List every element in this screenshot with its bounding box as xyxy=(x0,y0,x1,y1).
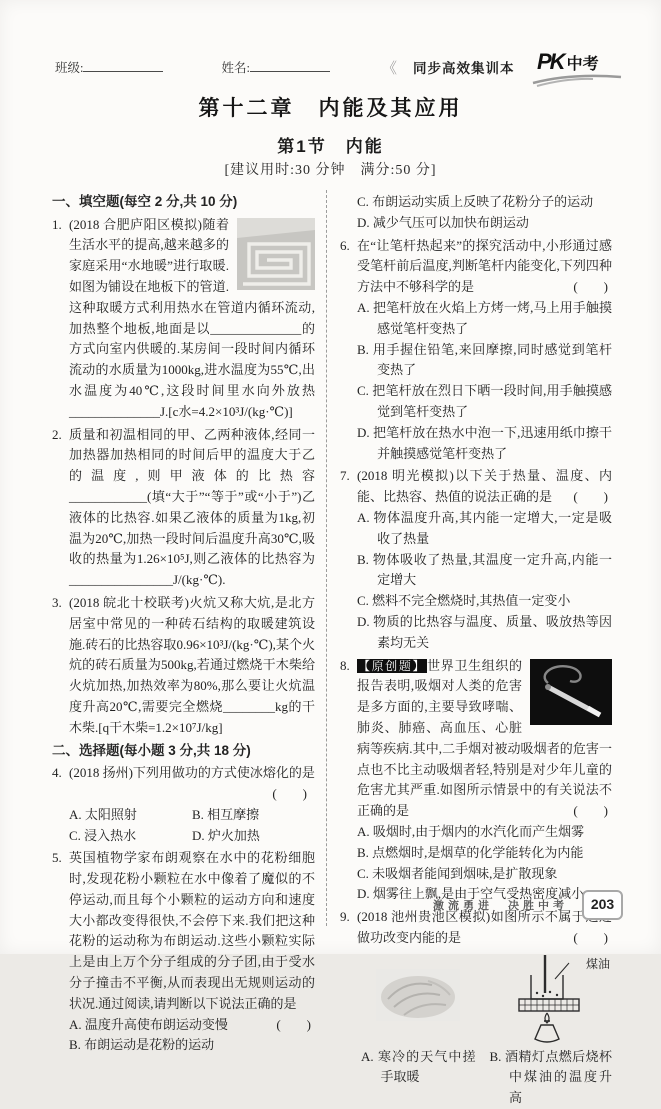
option-d: D. 把笔杆放在热水中泡一下,迅速用纸巾擦干并触摸感觉笔杆变热了 xyxy=(357,423,612,465)
option-a: A. 吸烟时,由于烟内的水汽化而产生烟雾 xyxy=(357,822,612,843)
question-9-answer-bracket: ( ) xyxy=(573,928,612,949)
section-1-header: 一、填空题(每空 2 分,共 10 分) xyxy=(52,191,315,213)
question-8-stem: 【原创题】世界卫生组织的报告表明,吸烟对人类的危害是多方面的,主要导致哮喘、肺炎… xyxy=(357,656,612,822)
option-d: D. 减少气压可以加快布朗运动 xyxy=(357,213,612,234)
question-5-continued-options: C. 布朗运动实质上反映了花粉分子的运动 D. 减少气压可以加快布朗运动 xyxy=(340,192,612,234)
option-c: C. 浸入热水 xyxy=(69,826,192,847)
option-c: C. 把笔杆放在烈日下晒一段时间,用手触摸感觉到笔杆变热了 xyxy=(357,381,612,423)
floor-heating-photo xyxy=(237,218,315,290)
name-field: 姓名: xyxy=(221,58,329,76)
section-title: 第1节 内能 xyxy=(0,132,661,157)
question-4-options: A. 太阳照射 B. 相互摩擦 C. 浸入热水 D. 炉火加热 xyxy=(69,805,315,847)
option-c: C. 燃料不完全燃烧时,其热值一定变小 xyxy=(357,591,612,612)
cigarette-photo xyxy=(530,659,612,725)
name-label: 姓名: xyxy=(221,61,249,75)
left-column: 一、填空题(每空 2 分,共 10 分) 1. (2018 合肥庐阳区模拟)随着… xyxy=(52,190,327,926)
option-d: D. 炉火加热 xyxy=(192,826,315,847)
option-a: A. 物体温度升高,其内能一定增大,一定是吸收了热量 xyxy=(357,508,612,550)
content-columns: 一、填空题(每空 2 分,共 10 分) 1. (2018 合肥庐阳区模拟)随着… xyxy=(52,190,612,926)
question-4-answer-bracket: ( ) xyxy=(69,784,315,805)
question-6-stem: 在“让笔杆热起来”的探究活动中,小形通过感受笔杆前后温度,判断笔杆内能变化,下列… xyxy=(357,236,612,298)
question-5-number: 5. xyxy=(52,848,62,869)
question-1-number: 1. xyxy=(52,215,62,236)
figure-b-caption: B. 酒精灯点燃后烧杯中煤油的温度升高 xyxy=(489,1047,612,1109)
option-c: C. 未吸烟者能闻到烟味,是扩散现象 xyxy=(357,864,612,885)
option-c: C. 布朗运动实质上反映了花粉分子的运动 xyxy=(357,192,612,213)
question-9-captions: A. 寒冷的天气中搓手取暖 B. 酒精灯点燃后烧杯中煤油的温度升高 xyxy=(357,1047,612,1109)
footer-slogan: 激流勇进 决胜中考 xyxy=(433,897,568,913)
double-chevron-icon: 《 xyxy=(382,57,397,78)
page-header: 班级: 姓名: 《 同步高效集训本 PK中考 xyxy=(55,46,621,88)
chapter-title: 第十二章 内能及其应用 xyxy=(0,92,661,122)
option-a: A. 把笔杆放在火焰上方烤一烤,马上用手触摸感觉笔杆变热了 xyxy=(357,298,612,340)
logo-swoosh-icon xyxy=(531,71,623,87)
question-1-stem: (2018 合肥庐阳区模拟)随着生活水平的提高,越来越多的家庭采用“水地暖”进行… xyxy=(69,215,315,423)
question-9-number: 9. xyxy=(340,907,350,928)
question-4-number: 4. xyxy=(52,763,62,784)
question-5-stem: 英国植物学家布朗观察在水中的花粉细胞时,发现花粉小颗粒在水中像着了魔似的不停运动… xyxy=(69,848,315,1014)
section-2-header: 二、选择题(每小题 3 分,共 18 分) xyxy=(52,740,315,762)
rubbing-hands-photo xyxy=(376,969,460,1021)
option-b: B. 布朗运动是花粉的运动 xyxy=(69,1035,315,1056)
option-d: D. 物质的比热容与温度、质量、吸放热等因素均无关 xyxy=(357,612,612,654)
class-field: 班级: xyxy=(55,58,163,76)
figure-b: 煤油 xyxy=(489,953,612,1047)
option-b: B. 物体吸收了热量,其温度一定升高,内能一定增大 xyxy=(357,550,612,592)
kerosene-heating-diagram xyxy=(507,953,593,1047)
time-score-line: [建议用时:30 分钟 满分:50 分] xyxy=(0,159,661,179)
figure-a-caption: A. 寒冷的天气中搓手取暖 xyxy=(361,1047,475,1109)
question-4-stem: (2018 扬州)下列用做功的方式使冰熔化的是 xyxy=(69,763,315,784)
question-2-number: 2. xyxy=(52,425,62,446)
question-3-number: 3. xyxy=(52,593,62,614)
question-9: 9. (2018 池州贵池区模拟)如图所示不属于通过做功改变内能的是 ( ) xyxy=(340,907,612,1109)
pk-zhongkao-logo: PK中考 xyxy=(537,47,621,87)
right-column: C. 布朗运动实质上反映了花粉分子的运动 D. 减少气压可以加快布朗运动 6. … xyxy=(327,190,612,926)
option-a: A. 太阳照射 xyxy=(69,805,192,826)
question-2-text: 质量和初温相同的甲、乙两种液体,经同一加热器加热相同的时间后甲的温度大于乙的温度… xyxy=(69,427,315,588)
option-b: B. 点燃烟时,是烟草的化学能转化为内能 xyxy=(357,843,612,864)
question-8-number: 8. xyxy=(340,656,350,677)
page-number-badge: 203 xyxy=(582,890,623,920)
question-3: 3. (2018 皖北十校联考)火炕又称大炕,是北方居室中常见的一种砖石结构的取… xyxy=(52,593,315,739)
question-1: 1. (2018 合肥庐阳区模拟)随着生活水平的提高,越来越多的家庭采用“水地暖… xyxy=(52,215,315,423)
question-7-answer-bracket: ( ) xyxy=(573,487,612,508)
question-5-text: 英国植物学家布朗观察在水中的花粉细胞时,发现花粉小颗粒在水中像着了魔似的不停运动… xyxy=(69,850,315,1011)
page-number: 203 xyxy=(591,896,614,912)
page-footer: 激流勇进 决胜中考 203 xyxy=(433,890,623,920)
question-3-text: (2018 皖北十校联考)火炕又称大炕,是北方居室中常见的一种砖石结构的取暖建筑… xyxy=(69,595,315,735)
option-b: B. 用手握住铅笔,来回摩擦,同时感觉到笔杆变热了 xyxy=(357,340,612,382)
question-6-answer-bracket: ( ) xyxy=(573,277,612,298)
question-5-answer-bracket: ( ) xyxy=(276,1015,315,1036)
question-3-stem: (2018 皖北十校联考)火炕又称大炕,是北方居室中常见的一种砖石结构的取暖建筑… xyxy=(69,593,315,739)
option-b: B. 相互摩擦 xyxy=(192,805,315,826)
question-9-figures: 煤油 xyxy=(357,953,612,1047)
class-blank-line xyxy=(83,58,163,72)
question-2-stem: 质量和初温相同的甲、乙两种液体,经同一加热器加热相同的时间后甲的温度大于乙的温度… xyxy=(69,425,315,591)
question-7-number: 7. xyxy=(340,466,350,487)
worksheet-page: 班级: 姓名: 《 同步高效集训本 PK中考 第十二章 内能及其应用 第1节 内… xyxy=(0,0,661,954)
kerosene-label: 煤油 xyxy=(586,955,610,974)
question-4: 4. (2018 扬州)下列用做功的方式使冰熔化的是 ( ) A. 太阳照射 B… xyxy=(52,763,315,846)
question-7: 7. (2018 明光模拟)以下关于热量、温度、内能、比热容、热值的说法正确的是… xyxy=(340,466,612,653)
question-8: 8. 【原创题】世界卫生组织的报告表明,吸烟对人类的危害是多方面的,主要导致哮喘… xyxy=(340,656,612,906)
original-question-badge: 【原创题】 xyxy=(357,659,427,673)
question-6-number: 6. xyxy=(340,236,350,257)
question-7-stem: (2018 明光模拟)以下关于热量、温度、内能、比热容、热值的说法正确的是 ( … xyxy=(357,466,612,508)
series-title: 同步高效集训本 xyxy=(413,57,515,77)
question-2: 2. 质量和初温相同的甲、乙两种液体,经同一加热器加热相同的时间后甲的温度大于乙… xyxy=(52,425,315,591)
figure-a xyxy=(361,953,475,1047)
question-8-answer-bracket: ( ) xyxy=(573,801,612,822)
name-blank-line xyxy=(250,58,330,72)
question-6: 6. 在“让笔杆热起来”的探究活动中,小形通过感受笔杆前后温度,判断笔杆内能变化… xyxy=(340,236,612,465)
question-5: 5. 英国植物学家布朗观察在水中的花粉细胞时,发现花粉小颗粒在水中像着了魔似的不… xyxy=(52,848,315,1056)
class-label: 班级: xyxy=(55,61,83,75)
